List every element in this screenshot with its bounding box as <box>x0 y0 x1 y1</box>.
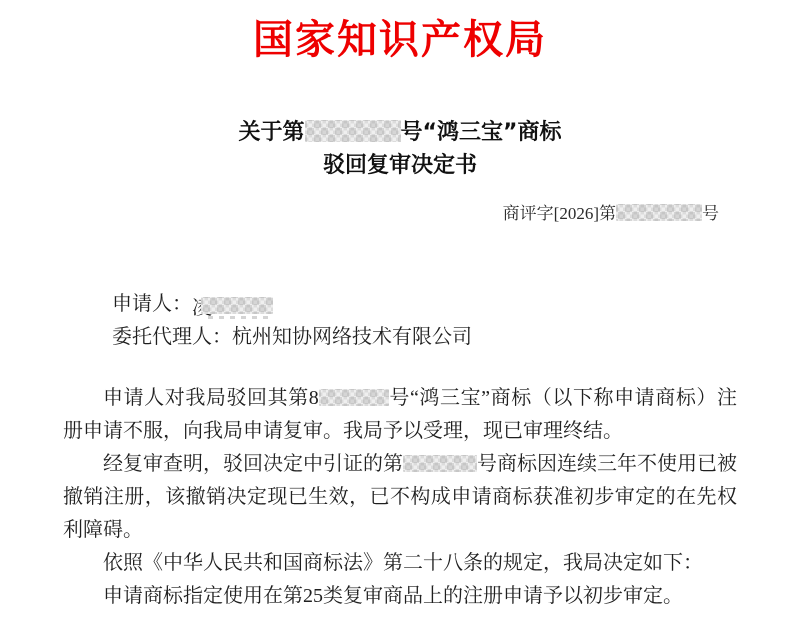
document-title: 关于第号“鸿三宝”商标 驳回复审决定书 <box>63 116 737 182</box>
document-content: 国家知识产权局 关于第号“鸿三宝”商标 驳回复审决定书 商评字[2026]第号 … <box>0 0 798 613</box>
applicant-name-redacted: 凌 <box>192 295 282 321</box>
paragraph-3: 依照《中华人民共和国商标法》第二十八条的规定，我局决定如下： <box>63 547 737 580</box>
reference-number-line: 商评字[2026]第号 <box>63 202 737 226</box>
paragraph-2: 经复审查明，驳回决定中引证的第号商标因连续三年不使用已被撤销注册，该撤销决定现已… <box>63 448 737 547</box>
paragraph-1: 申请人对我局驳回其第8号“鸿三宝”商标（以下称申请商标）注册申请不服，向我局申请… <box>63 382 737 448</box>
document-title-prefix: 关于第 <box>239 120 305 145</box>
decision-body: 申请人对我局驳回其第8号“鸿三宝”商标（以下称申请商标）注册申请不服，向我局申请… <box>63 382 737 613</box>
document-title-suffix: 号“鸿三宝”商标 <box>401 120 562 145</box>
applicant-label: 申请人： <box>112 293 192 315</box>
agent-line: 委托代理人：杭州知协网络技术有限公司 <box>112 321 737 354</box>
document-title-line2: 驳回复审决定书 <box>63 149 737 182</box>
redaction-patch-applicant-name <box>201 297 273 314</box>
paragraph-2-prefix: 经复审查明，驳回决定中引证的第 <box>103 453 403 475</box>
redaction-patch-trademark-number <box>319 389 389 406</box>
agency-title: 国家知识产权局 <box>63 16 737 64</box>
applicant-line: 申请人：凌 <box>112 288 737 321</box>
decision-document-page: 国家知识产权局 关于第号“鸿三宝”商标 驳回复审决定书 商评字[2026]第号 … <box>0 0 798 619</box>
paragraph-1-prefix: 申请人对我局驳回其第8 <box>103 387 319 409</box>
redaction-patch-title-number <box>305 120 401 142</box>
reference-prefix: 商评字[2026]第 <box>503 204 616 223</box>
reference-suffix: 号 <box>702 204 719 223</box>
redaction-patch-cited-number <box>403 455 477 472</box>
paragraph-4: 申请商标指定使用在第25类复审商品上的注册申请予以初步审定。 <box>63 580 737 613</box>
parties-block: 申请人：凌 委托代理人：杭州知协网络技术有限公司 <box>112 288 737 354</box>
redaction-patch-reference-number <box>616 204 702 221</box>
document-title-line1: 关于第号“鸿三宝”商标 <box>63 116 737 149</box>
